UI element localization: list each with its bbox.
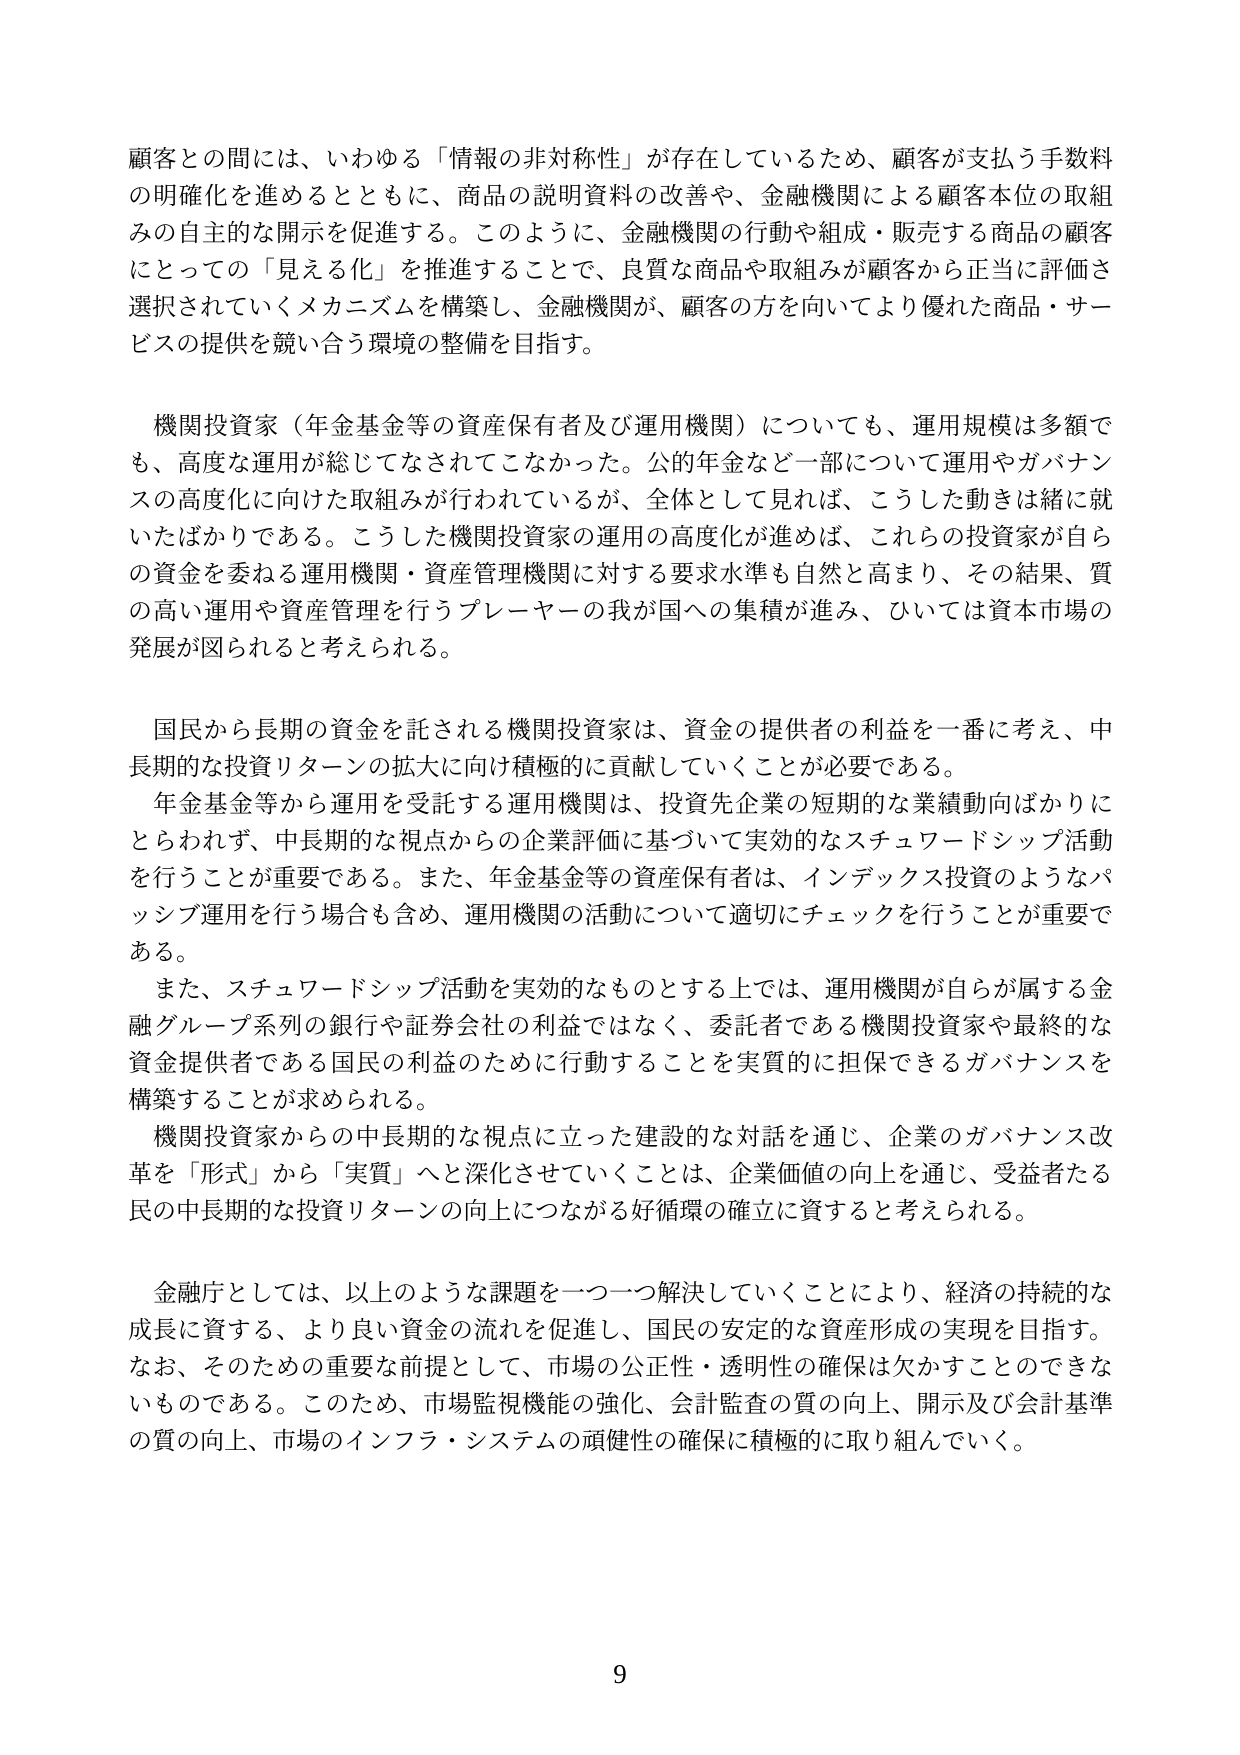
- text-line: ビスの提供を競い合う環境の整備を目指す。: [128, 326, 1113, 363]
- text-line: 顧客との間には、いわゆる「情報の非対称性」が存在しているため、顧客が支払う手数料: [128, 141, 1113, 178]
- paragraph: 金融庁としては、以上のような課題を一つ一つ解決していくことにより、経済の持続的な…: [128, 1275, 1113, 1460]
- text-line: とらわれず、中長期的な視点からの企業評価に基づいて実効的なスチュワードシップ活動: [128, 823, 1113, 860]
- text-line: 機関投資家（年金基金等の資産保有者及び運用機関）についても、運用規模は多額で: [128, 408, 1113, 445]
- text-line: を行うことが重要である。また、年金基金等の資産保有者は、インデックス投資のような…: [128, 860, 1113, 897]
- text-line: いものである。このため、市場監視機能の強化、会計監査の質の向上、開示及び会計基準: [128, 1386, 1113, 1423]
- text-line: いたばかりである。こうした機関投資家の運用の高度化が進めば、これらの投資家が自ら: [128, 519, 1113, 556]
- text-line: 革を「形式」から「実質」へと深化させていくことは、企業価値の向上を通じ、受益者た…: [128, 1156, 1113, 1193]
- text-line: 機関投資家からの中長期的な視点に立った建設的な対話を通じ、企業のガバナンス改: [128, 1119, 1113, 1156]
- text-line: 融グループ系列の銀行や証券会社の利益ではなく、委託者である機関投資家や最終的な: [128, 1008, 1113, 1045]
- text-line: の質の向上、市場のインフラ・システムの頑健性の確保に積極的に取り組んでいく。: [128, 1423, 1113, 1460]
- paragraph: 顧客との間には、いわゆる「情報の非対称性」が存在しているため、顧客が支払う手数料…: [128, 141, 1113, 363]
- text-line: 年金基金等から運用を受託する運用機関は、投資先企業の短期的な業績動向ばかりに: [128, 786, 1113, 823]
- document-page: 顧客との間には、いわゆる「情報の非対称性」が存在しているため、顧客が支払う手数料…: [0, 0, 1240, 1755]
- text-line: にとっての「見える化」を推進することで、良質な商品や取組みが顧客から正当に評価さ…: [128, 252, 1113, 289]
- text-line: 発展が図られると考えられる。: [128, 630, 1113, 667]
- text-line: 選択されていくメカニズムを構築し、金融機関が、顧客の方を向いてより優れた商品・サ…: [128, 289, 1113, 326]
- text-line: また、スチュワードシップ活動を実効的なものとする上では、運用機関が自らが属する金: [128, 971, 1113, 1008]
- text-line: 成長に資する、より良い資金の流れを促進し、国民の安定的な資産形成の実現を目指す。: [128, 1312, 1113, 1349]
- text-line: 国民から長期の資金を託される機関投資家は、資金の提供者の利益を一番に考え、中: [128, 712, 1113, 749]
- text-line: も、高度な運用が総じてなされてこなかった。公的年金など一部について運用やガバナン: [128, 445, 1113, 482]
- paragraph: 機関投資家からの中長期的な視点に立った建設的な対話を通じ、企業のガバナンス改革を…: [128, 1119, 1113, 1230]
- paragraph: 年金基金等から運用を受託する運用機関は、投資先企業の短期的な業績動向ばかりにとら…: [128, 786, 1113, 971]
- text-line: の明確化を進めるとともに、商品の説明資料の改善や、金融機関による顧客本位の取組: [128, 178, 1113, 215]
- page-number: 9: [613, 1659, 627, 1689]
- text-line: 民の中長期的な投資リターンの向上につながる好循環の確立に資すると考えられる。: [128, 1193, 1113, 1230]
- text-line: スの高度化に向けた取組みが行われているが、全体として見れば、こうした動きは緒に就: [128, 482, 1113, 519]
- text-line: ある。: [128, 934, 1113, 971]
- text-line: ッシブ運用を行う場合も含め、運用機関の活動について適切にチェックを行うことが重要…: [128, 897, 1113, 934]
- paragraph: 国民から長期の資金を託される機関投資家は、資金の提供者の利益を一番に考え、中長期…: [128, 712, 1113, 786]
- text-line: 長期的な投資リターンの拡大に向け積極的に貢献していくことが必要である。: [128, 749, 1113, 786]
- page-footer: 9: [0, 1658, 1240, 1690]
- paragraph: 機関投資家（年金基金等の資産保有者及び運用機関）についても、運用規模は多額でも、…: [128, 408, 1113, 667]
- text-line: なお、そのための重要な前提として、市場の公正性・透明性の確保は欠かすことのできな: [128, 1349, 1113, 1386]
- text-line: の高い運用や資産管理を行うプレーヤーの我が国への集積が進み、ひいては資本市場の: [128, 593, 1113, 630]
- text-line: 金融庁としては、以上のような課題を一つ一つ解決していくことにより、経済の持続的な: [128, 1275, 1113, 1312]
- text-line: の資金を委ねる運用機関・資産管理機関に対する要求水準も自然と高まり、その結果、質: [128, 556, 1113, 593]
- body-text: 顧客との間には、いわゆる「情報の非対称性」が存在しているため、顧客が支払う手数料…: [128, 141, 1113, 1460]
- text-line: みの自主的な開示を促進する。このように、金融機関の行動や組成・販売する商品の顧客: [128, 215, 1113, 252]
- paragraph: また、スチュワードシップ活動を実効的なものとする上では、運用機関が自らが属する金…: [128, 971, 1113, 1119]
- text-line: 資金提供者である国民の利益のために行動することを実質的に担保できるガバナンスを: [128, 1045, 1113, 1082]
- text-line: 構築することが求められる。: [128, 1082, 1113, 1119]
